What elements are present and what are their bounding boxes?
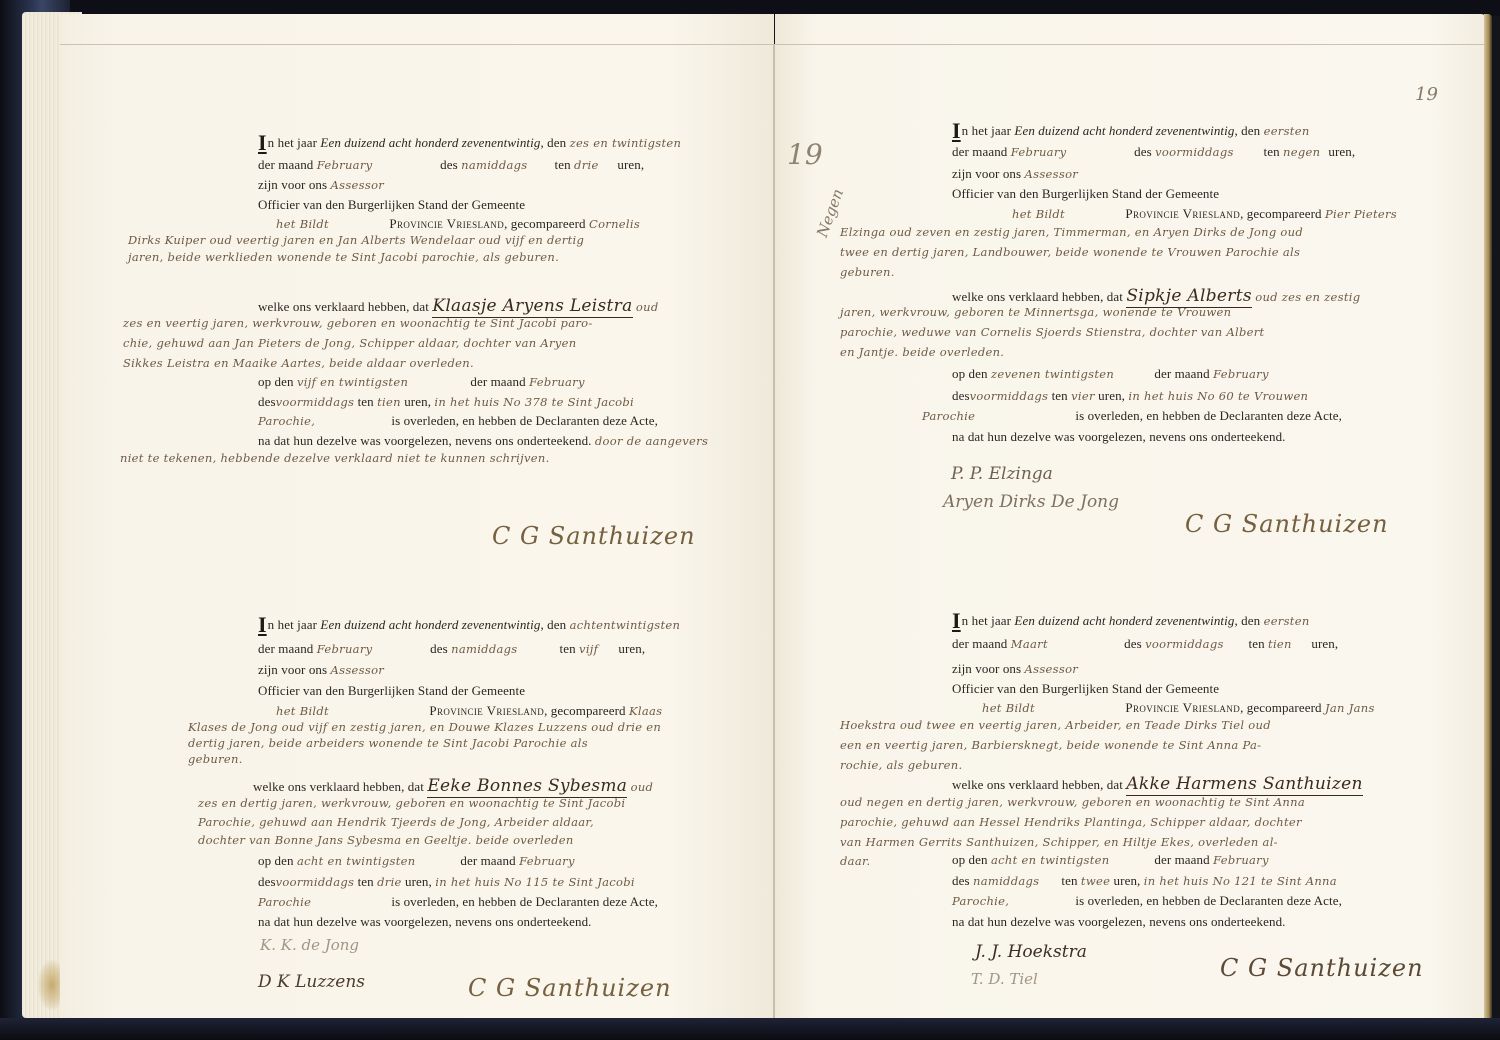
folio-number: 19 (787, 138, 823, 171)
deceased-name: Klaasje Aryens Leistra (432, 296, 632, 318)
signature-witness-2: T. D. Tiel (971, 970, 1038, 988)
witnesses-text: Hoekstra oud twee en veertig jaren, Arbe… (840, 718, 1271, 732)
signature-officer: C G Santhuizen (1185, 510, 1389, 538)
official-title: Assessor (1025, 662, 1079, 676)
page-number: 19 (1415, 84, 1438, 105)
signature-witness-2: Aryen Dirks De Jong (943, 492, 1119, 512)
official-title: Assessor (1025, 167, 1079, 181)
record-month: February (1011, 145, 1131, 159)
death-hour: vier (1071, 389, 1095, 403)
signature-witness-1: K. K. de Jong (260, 936, 359, 954)
death-month: February (519, 854, 575, 868)
record-hour: tien (1268, 637, 1308, 651)
municipality: het Bildt (276, 217, 386, 231)
left-page: In het jaar Een duizend acht honderd zev… (60, 14, 774, 1020)
top-rule (60, 44, 774, 45)
death-hour: drie (377, 875, 402, 889)
record-dayperiod: voormiddags (1155, 145, 1260, 159)
deceased-description: zes en dertig jaren, werkvrouw, geboren … (198, 796, 625, 810)
record-day: achtentwintigsten (570, 618, 681, 632)
death-dayperiod: voormiddags (276, 875, 355, 889)
death-place: in het huis No 60 te Vrouwen (1128, 389, 1308, 403)
death-place: in het huis No 378 te Sint Jacobi (434, 395, 634, 409)
signature-witness-1: P. P. Elzinga (951, 464, 1053, 484)
province-label: Provincie Vriesland (389, 216, 504, 231)
official-title: Assessor (331, 663, 385, 677)
book-page-edge-right (1484, 14, 1492, 1020)
year-text: Een duizend acht honderd zevenentwintig (320, 135, 540, 150)
signature-officer: C G Santhuizen (492, 522, 696, 550)
deceased-description: zes en veertig jaren, werkvrouw, geboren… (123, 316, 593, 330)
record-opening-line: In het jaar Een duizend acht honderd zev… (258, 130, 681, 156)
death-month: February (1213, 853, 1269, 867)
death-hour: twee (1081, 874, 1110, 888)
death-dayperiod: voormiddags (970, 389, 1049, 403)
top-rule (775, 44, 1487, 45)
record-day: eersten (1264, 614, 1310, 628)
record-month: Maart (1011, 637, 1121, 651)
signature-officer: C G Santhuizen (468, 974, 672, 1002)
decorated-initial-i: I (258, 612, 267, 638)
record-dayperiod: voormiddags (1145, 637, 1245, 651)
record-dayperiod: namiddags (461, 158, 551, 172)
right-page: 19 Negen 19 In het jaar Een duizend acht… (775, 14, 1487, 1020)
death-place: in het huis No 121 te Sint Anna (1144, 874, 1337, 888)
record-hour: drie (574, 158, 614, 172)
signature-officer: C G Santhuizen (1220, 954, 1424, 982)
death-hour: tien (377, 395, 401, 409)
deceased-description: oud negen en dertig jaren, werkvrouw, ge… (840, 795, 1305, 809)
officier-line: Officier van den Burgerlijken Stand der … (258, 197, 525, 213)
note-not-signing: niet te tekenen, hebbende dezelve verkla… (120, 451, 550, 465)
decorated-initial-i: I (258, 130, 267, 156)
signature-witness-1: J. J. Hoekstra (975, 942, 1087, 962)
municipality: het Bildt (276, 704, 426, 718)
death-month: February (1213, 367, 1269, 381)
death-day: vijf en twintigsten (297, 375, 467, 389)
death-day: zevenen twintigsten (991, 367, 1151, 381)
record-hour: vijf (579, 642, 615, 656)
record-dayperiod: namiddags (451, 642, 556, 656)
death-day: acht en twintigsten (991, 853, 1151, 867)
signature-witness-2: D K Luzzens (258, 972, 365, 992)
municipality: het Bildt (982, 701, 1122, 715)
decorated-initial-i: I (952, 118, 961, 144)
death-day: acht en twintigsten (297, 854, 457, 868)
witnesses-text: Elzinga oud zeven en zestig jaren, Timme… (840, 225, 1303, 239)
witnesses-text: Klases de Jong oud vijf en zestig jaren,… (188, 720, 661, 734)
record-month: February (317, 642, 427, 656)
decorated-initial-i: I (952, 608, 961, 634)
record-month: February (317, 158, 437, 172)
deceased-name: Eeke Bonnes Sybesma (427, 776, 627, 798)
deceased-name: Akke Harmens Santhuizen (1126, 774, 1362, 796)
book-cover-bottom (0, 1018, 1500, 1040)
official-title: Assessor (331, 178, 385, 192)
death-month: February (529, 375, 585, 389)
death-place: in het huis No 115 te Sint Jacobi (435, 875, 635, 889)
death-dayperiod: voormiddags (276, 395, 355, 409)
municipality: het Bildt (1012, 207, 1122, 221)
month-line: der maand February des namiddags ten dri… (258, 157, 644, 173)
record-day: eersten (1264, 124, 1310, 138)
record-day: zes en twintigsten (570, 136, 682, 150)
record-hour: negen (1283, 145, 1325, 159)
death-dayperiod: namiddags (973, 874, 1058, 888)
witnesses-text: Dirks Kuiper oud veertig jaren en Jan Al… (128, 233, 584, 247)
deceased-description: jaren, werkvrouw, geboren te Minnertsga,… (840, 305, 1231, 319)
